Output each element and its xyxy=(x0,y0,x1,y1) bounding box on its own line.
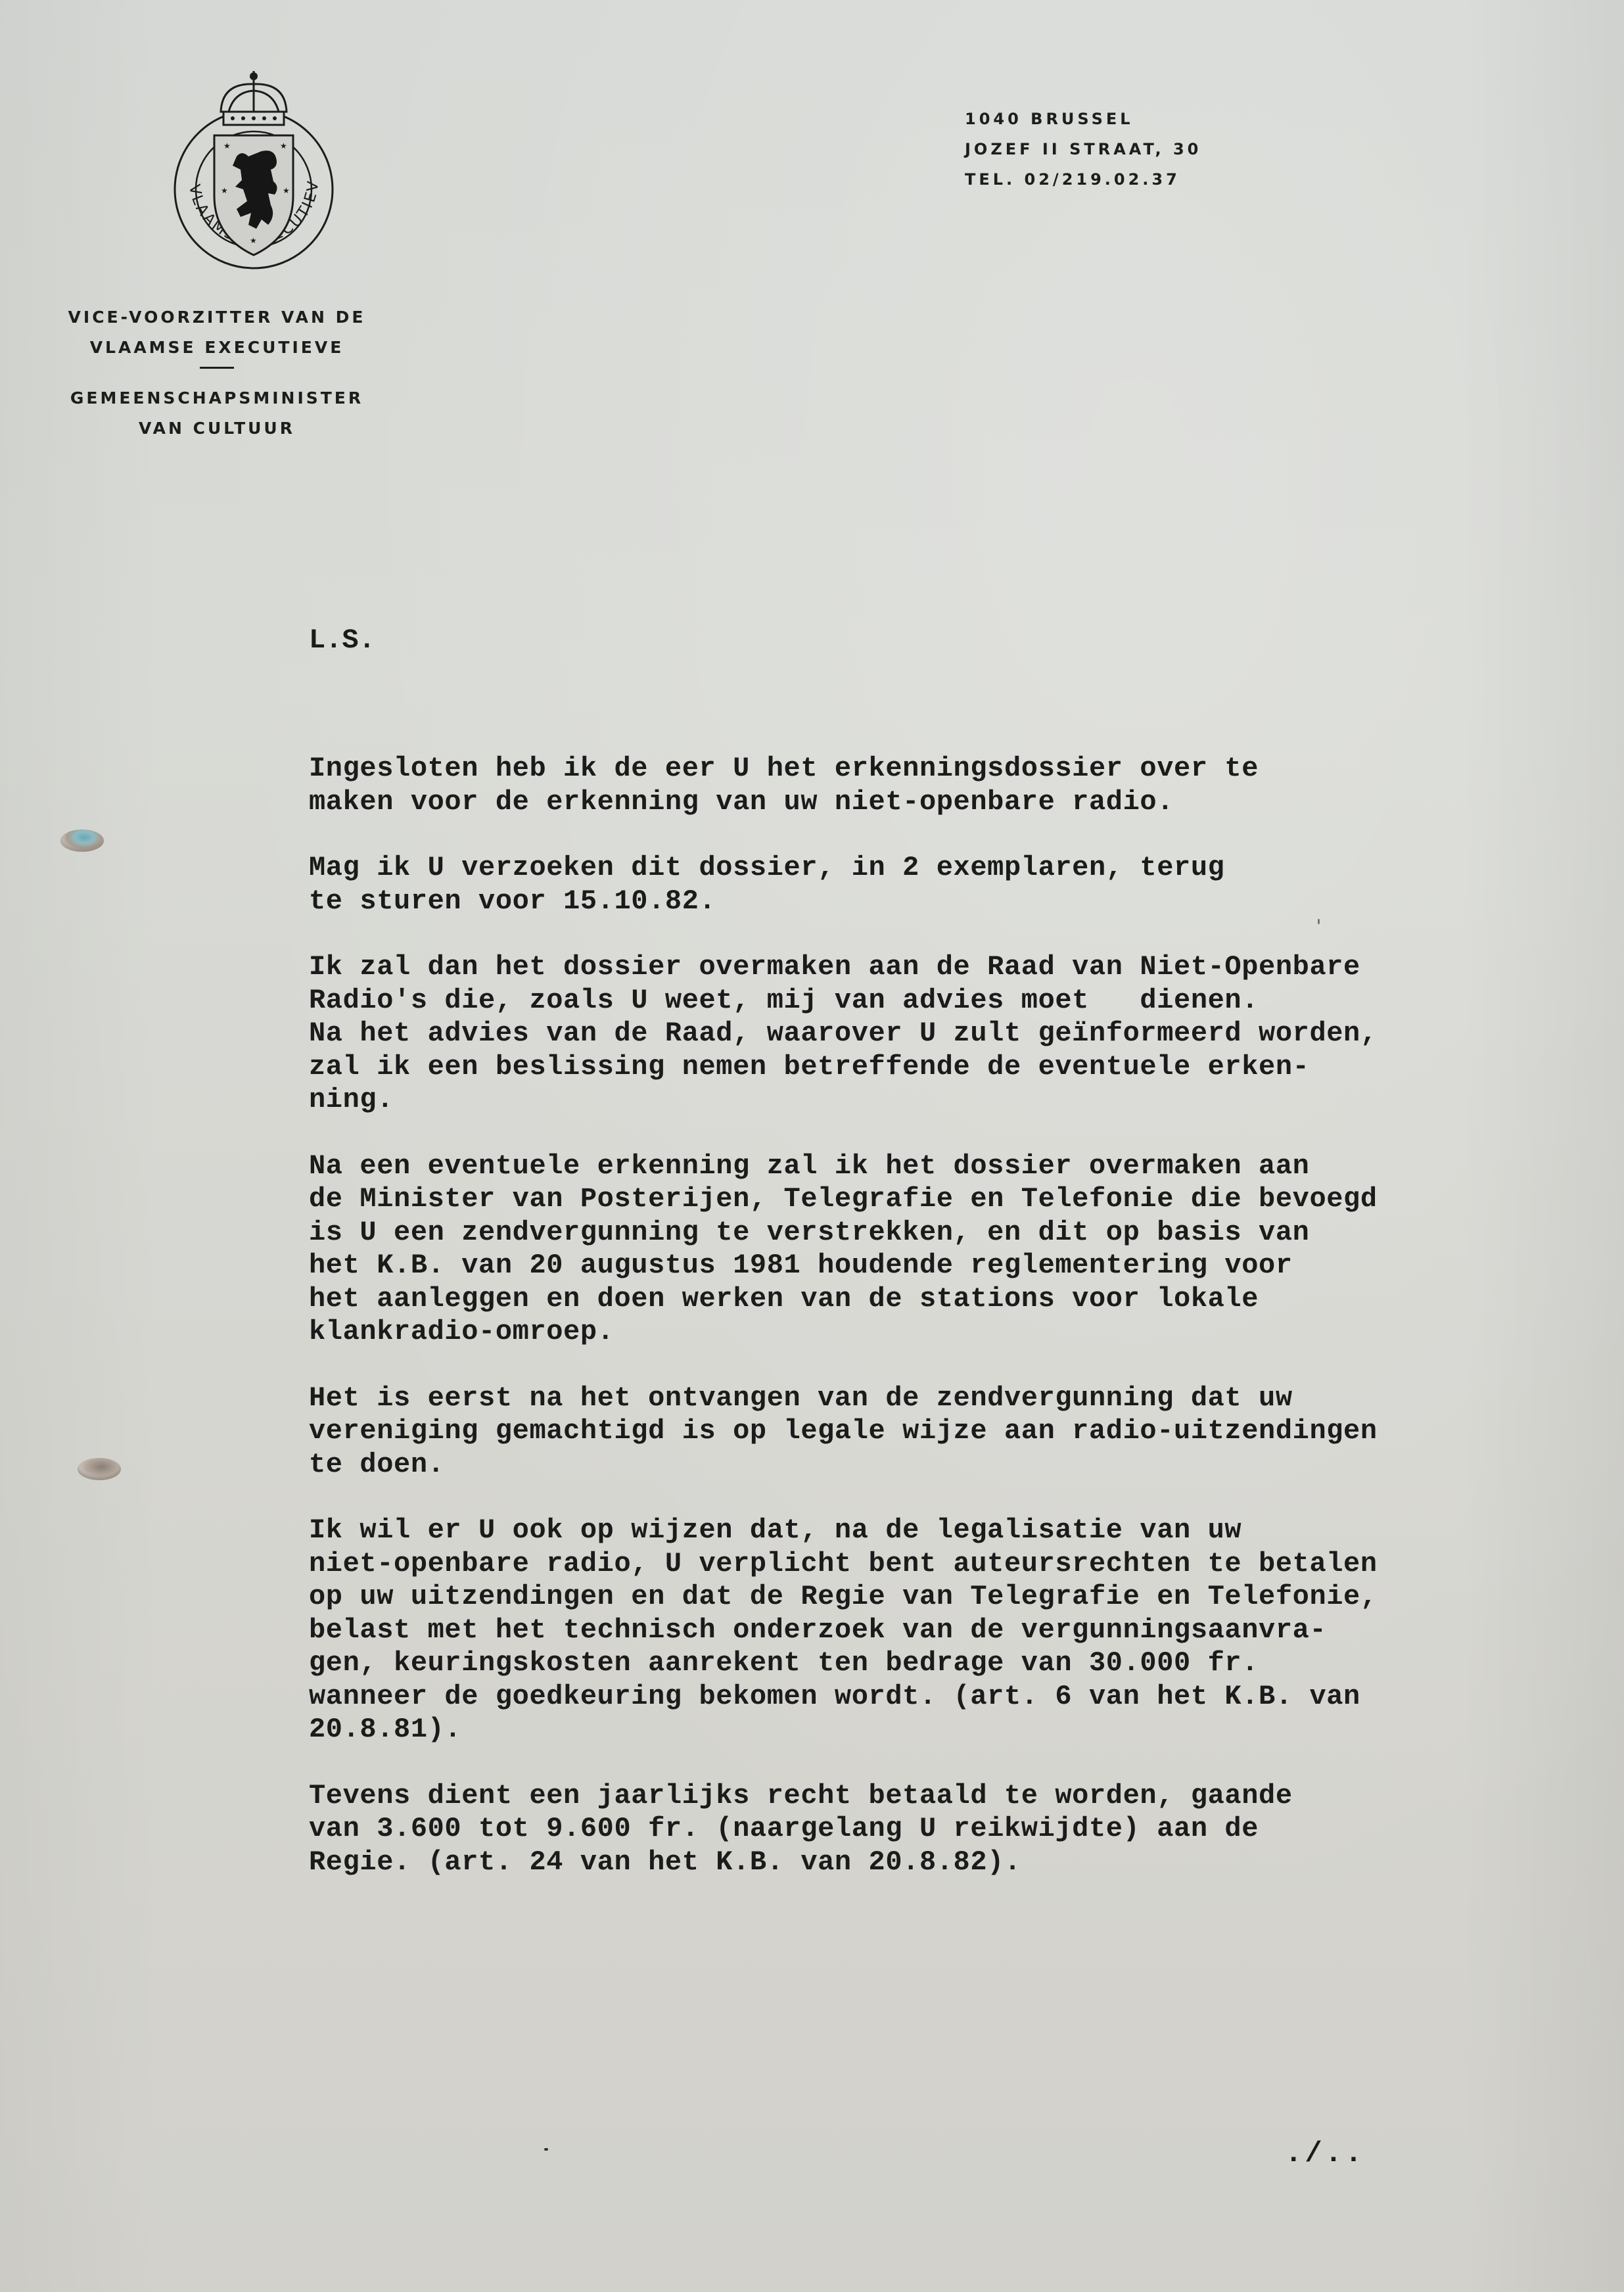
letter-line: Na het advies van de Raad, waarover U zu… xyxy=(309,1017,1597,1050)
svg-text:★: ★ xyxy=(283,186,290,195)
letter-line: van 3.600 tot 9.600 fr. (naargelang U re… xyxy=(309,1812,1597,1846)
address-phone: TEL. 02/219.02.37 xyxy=(965,164,1201,195)
svg-text:★: ★ xyxy=(250,236,257,245)
ministry-line: GEMEENSCHAPSMINISTER xyxy=(66,383,368,413)
letter-line: de Minister van Posterijen, Telegrafie e… xyxy=(309,1182,1597,1216)
ministry-line: VAN CULTUUR xyxy=(66,413,368,444)
punch-hole-top xyxy=(60,830,104,852)
letter-line: ning. xyxy=(309,1083,1597,1117)
letter-line: Het is eerst na het ontvangen van de zen… xyxy=(309,1382,1597,1415)
letter-line: gen, keuringskosten aanrekent ten bedrag… xyxy=(309,1647,1597,1680)
sender-title-line: VLAAMSE EXECUTIEVE xyxy=(66,333,368,363)
svg-text:★: ★ xyxy=(223,141,231,151)
letter-line: Na een eventuele erkenning zal ik het do… xyxy=(309,1150,1597,1183)
letter-line: zal ik een beslissing nemen betreffende … xyxy=(309,1050,1597,1084)
letter-paragraph: Ik wil er U ook op wijzen dat, na de leg… xyxy=(309,1514,1597,1746)
punch-hole-bottom xyxy=(78,1458,121,1480)
sender-title-line: VICE-VOORZITTER VAN DE xyxy=(66,302,368,333)
continuation-mark: ./.. xyxy=(1285,2138,1365,2170)
salutation: L.S. xyxy=(309,624,375,656)
letter-line: Ik zal dan het dossier overmaken aan de … xyxy=(309,950,1597,984)
sender-block: VICE-VOORZITTER VAN DE VLAAMSE EXECUTIEV… xyxy=(66,302,368,444)
letter-line: Ik wil er U ook op wijzen dat, na de leg… xyxy=(309,1514,1597,1547)
letter-line: Tevens dient een jaarlijks recht betaald… xyxy=(309,1779,1597,1813)
letter-line: op uw uitzendingen en dat de Regie van T… xyxy=(309,1580,1597,1614)
letter-line: Regie. (art. 24 van het K.B. van 20.8.82… xyxy=(309,1846,1597,1879)
letter-line: het K.B. van 20 augustus 1981 houdende r… xyxy=(309,1249,1597,1282)
svg-text:★: ★ xyxy=(280,141,287,151)
address-block: 1040 BRUSSEL JOZEF II STRAAT, 30 TEL. 02… xyxy=(965,104,1201,195)
letter-line: 20.8.81). xyxy=(309,1713,1597,1746)
letter-line: Ingesloten heb ik de eer U het erkenning… xyxy=(309,752,1597,785)
ink-speck xyxy=(544,2148,548,2151)
letter-line: Radio's die, zoals U weet, mij van advie… xyxy=(309,984,1597,1017)
letter-line: Mag ik U verzoeken dit dossier, in 2 exe… xyxy=(309,851,1597,885)
letter-line: vereniging gemachtigd is op legale wijze… xyxy=(309,1415,1597,1448)
letter-body: Ingesloten heb ik de eer U het erkenning… xyxy=(309,752,1597,1911)
letter-paragraph: Na een eventuele erkenning zal ik het do… xyxy=(309,1150,1597,1349)
flemish-lion-crest-icon: VLAAMSE EXECUTIEVE ★★ ★★ ★ xyxy=(163,64,344,272)
address-city: 1040 BRUSSEL xyxy=(965,104,1201,134)
svg-text:★: ★ xyxy=(221,186,228,195)
divider xyxy=(200,367,234,369)
letter-line: klankradio-omroep. xyxy=(309,1315,1597,1349)
letter-paragraph: Tevens dient een jaarlijks recht betaald… xyxy=(309,1779,1597,1879)
letter-line: het aanleggen en doen werken van de stat… xyxy=(309,1282,1597,1316)
letter-line: te sturen voor 15.10.82. xyxy=(309,885,1597,918)
letter-line: niet-openbare radio, U verplicht bent au… xyxy=(309,1547,1597,1581)
letter-paragraph: Ik zal dan het dossier overmaken aan de … xyxy=(309,950,1597,1117)
letter-paragraph: Ingesloten heb ik de eer U het erkenning… xyxy=(309,752,1597,818)
letter-line: te doen. xyxy=(309,1448,1597,1482)
letter-paragraph: Mag ik U verzoeken dit dossier, in 2 exe… xyxy=(309,851,1597,918)
letter-line: belast met het technisch onderzoek van d… xyxy=(309,1614,1597,1647)
address-street: JOZEF II STRAAT, 30 xyxy=(965,134,1201,164)
letter-line: wanneer de goedkeuring bekomen wordt. (a… xyxy=(309,1680,1597,1714)
letter-paragraph: Het is eerst na het ontvangen van de zen… xyxy=(309,1382,1597,1482)
letter-line: is U een zendvergunning te verstrekken, … xyxy=(309,1216,1597,1250)
letter-line: maken voor de erkenning van uw niet-open… xyxy=(309,785,1597,819)
